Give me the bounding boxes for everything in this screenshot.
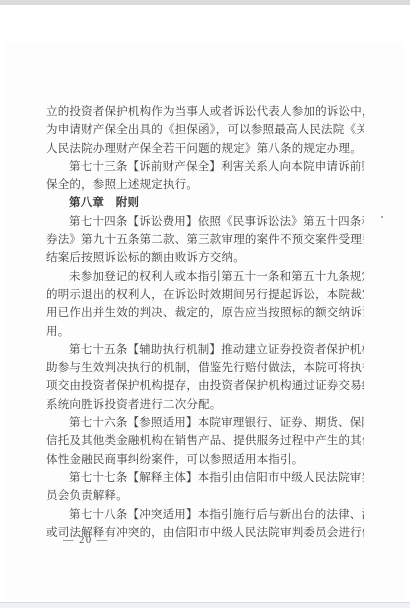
page-number: — 20 — (63, 535, 109, 546)
document-line: 用已作出并生效的判决、裁定的，原告应当按照标的额交纳诉讼费 (46, 304, 364, 322)
document-line: 的明示退出的权利人，在诉讼时效期间另行提起诉讼，本院裁定适 (46, 286, 364, 304)
document-line: 用。 (46, 323, 364, 341)
document-line: 第七十四条【诉讼费用】依照《民事诉讼法》第五十四条和《证 (46, 213, 364, 231)
document-line: 结案后按照诉讼标的额由败诉方交纳。 (46, 249, 364, 267)
document-line: 项交由投资者保护机构提存，由投资者保护机构通过证券交易结算 (46, 377, 364, 395)
document-line: 信托及其他类金融机构在销售产品、提供服务过程中产生的其他群 (46, 432, 364, 450)
document-line: 立的投资者保护机构作为当事人或者诉讼代表人参加的诉讼中，其 (46, 103, 364, 121)
document-line: 员会负责解释。 (46, 487, 364, 505)
document-line: 助参与生效判决执行的机制，借鉴先行赔付做法，本院可将执行款 (46, 359, 364, 377)
viewer-bottom-bar (0, 602, 410, 608)
document-line: 第七十七条【解释主体】本指引由信阳市中级人民法院审判委 (46, 469, 364, 487)
document-line: 未参加登记的权利人或本指引第五十一条和第五十九条规定 (46, 268, 364, 286)
viewer-top-bar (0, 0, 410, 5)
document-line: 第七十五条【辅助执行机制】推动建立证券投资者保护机构辅 (46, 341, 364, 359)
document-line: 券法》第九十五条第二款、第三款审理的案件不预交案件受理费， (46, 231, 364, 249)
document-line: 第七十六条【参照适用】本院审理银行、证券、期货、保险、 (46, 414, 364, 432)
document-line: 为申请财产保全出具的《担保函》，可以参照最高人民法院《关于 (46, 121, 364, 139)
document-line: 保全的，参照上述规定执行。 (46, 176, 364, 194)
document-line: 第七十三条【诉前财产保全】利害关系人向本院申请诉前财产 (46, 158, 364, 176)
scan-speck (381, 216, 383, 218)
chapter-heading: 第八章 附则 (46, 194, 364, 212)
document-line: 第七十八条【冲突适用】本指引施行后与新出台的法律、法规 (46, 506, 364, 524)
document-text-block: 立的投资者保护机构作为当事人或者诉讼代表人参加的诉讼中，其 为申请财产保全出具的… (46, 103, 364, 542)
document-line: 系统向胜诉投资者进行二次分配。 (46, 396, 364, 414)
document-line: 人民法院办理财产保全若干问题的规定》第八条的规定办理。 (46, 140, 364, 158)
document-line: 体性金融民商事纠纷案件，可以参照适用本指引。 (46, 451, 364, 469)
